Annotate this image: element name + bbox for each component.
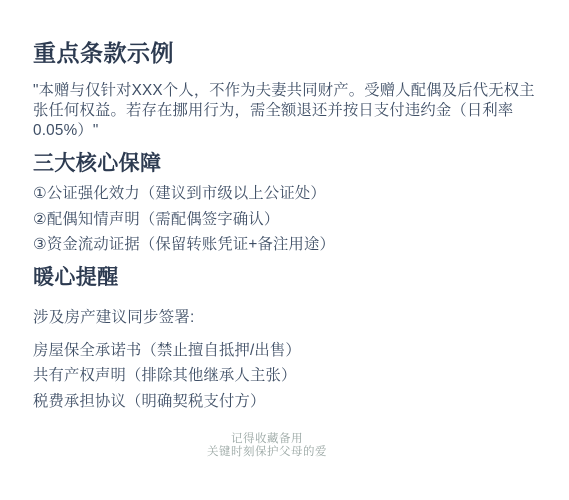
property-list: 房屋保全承诺书（禁止擅自抵押/出售） 共有产权声明（排除其他继承人主张） 税费承…	[33, 338, 301, 414]
footer-note: 记得收藏备用 关键时刻保护父母的爱	[0, 433, 534, 458]
section-title-warm-reminder: 暖心提醒	[33, 266, 119, 290]
guarantee-item-1: ①公证强化效力（建议到市级以上公证处）	[33, 181, 335, 207]
page-title: 重点条款示例	[33, 40, 174, 66]
property-item-1: 房屋保全承诺书（禁止擅自抵押/出售）	[33, 338, 301, 363]
footer-line-1: 记得收藏备用	[0, 433, 534, 446]
guarantee-item-2: ②配偶知情声明（需配偶签字确认）	[33, 207, 335, 233]
property-item-2: 共有产权声明（排除其他继承人主张）	[33, 363, 301, 388]
property-intro: 涉及房产建议同步签署:	[33, 308, 195, 327]
footer-line-2: 关键时刻保护父母的爱	[0, 446, 534, 459]
guarantee-item-3: ③资金流动证据（保留转账凭证+备注用途）	[33, 232, 335, 258]
guarantee-list: ①公证强化效力（建议到市级以上公证处） ②配偶知情声明（需配偶签字确认） ③资金…	[33, 181, 335, 258]
property-item-3: 税费承担协议（明确契税支付方）	[33, 389, 301, 414]
section-title-core-guarantees: 三大核心保障	[33, 152, 161, 176]
clause-paragraph: "本赠与仅针对XXX个人，不作为夫妻共同财产。受赠人配偶及后代无权主张任何权益。…	[33, 81, 545, 141]
document-page: 重点条款示例 "本赠与仅针对XXX个人，不作为夫妻共同财产。受赠人配偶及后代无权…	[0, 0, 569, 500]
